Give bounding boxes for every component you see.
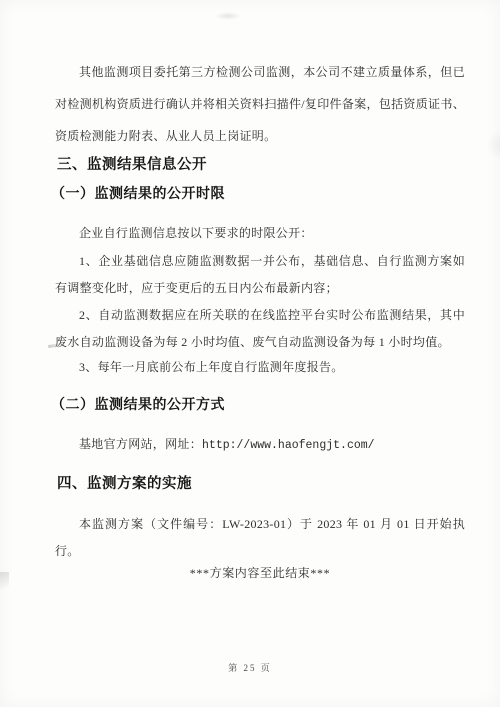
scan-shade-artifact [486, 130, 500, 160]
implementation-statement: 本监测方案（文件编号：LW-2023-01）于 2023 年 01 月 01 日… [55, 511, 465, 565]
scanned-document-page: 其他监测项目委托第三方检测公司监测，本公司不建立质量体系，但已对检测机构资质进行… [0, 0, 500, 707]
section-3-heading: 三、监测结果信息公开 [57, 155, 465, 175]
list-item-1: 1、企业基础信息应随监测数据一并公布，基础信息、自行监测方案如有调整变化时，应于… [55, 248, 465, 302]
section-3-2-heading: （二）监测结果的公开方式 [51, 394, 465, 414]
list-item-2: 2、自动监测数据应在所关联的在线监控平台实时公布监测结果，其中废水自动监测设备为… [55, 302, 465, 356]
end-of-plan-marker: ***方案内容至此结束*** [55, 560, 465, 587]
disclosure-time-lead: 企业自行监测信息按以下要求的时限公开： [55, 220, 465, 247]
website-url: http://www.haofengjt.com/ [202, 439, 375, 452]
scan-smudge-artifact [215, 12, 241, 20]
scan-edge-artifact [0, 572, 9, 594]
section-3-1-heading: （一）监测结果的公开时限 [51, 183, 465, 203]
section-4-heading: 四、监测方案的实施 [57, 474, 465, 494]
list-item-3: 3、每年一月底前公布上年度自行监测年度报告。 [55, 354, 465, 381]
website-label: 基地官方网站，网址： [79, 437, 202, 451]
page-number: 第 25 页 [0, 661, 500, 674]
website-line: 基地官方网站，网址：http://www.haofengjt.com/ [55, 431, 465, 459]
intro-paragraph: 其他监测项目委托第三方检测公司监测，本公司不建立质量体系，但已对检测机构资质进行… [55, 56, 465, 152]
